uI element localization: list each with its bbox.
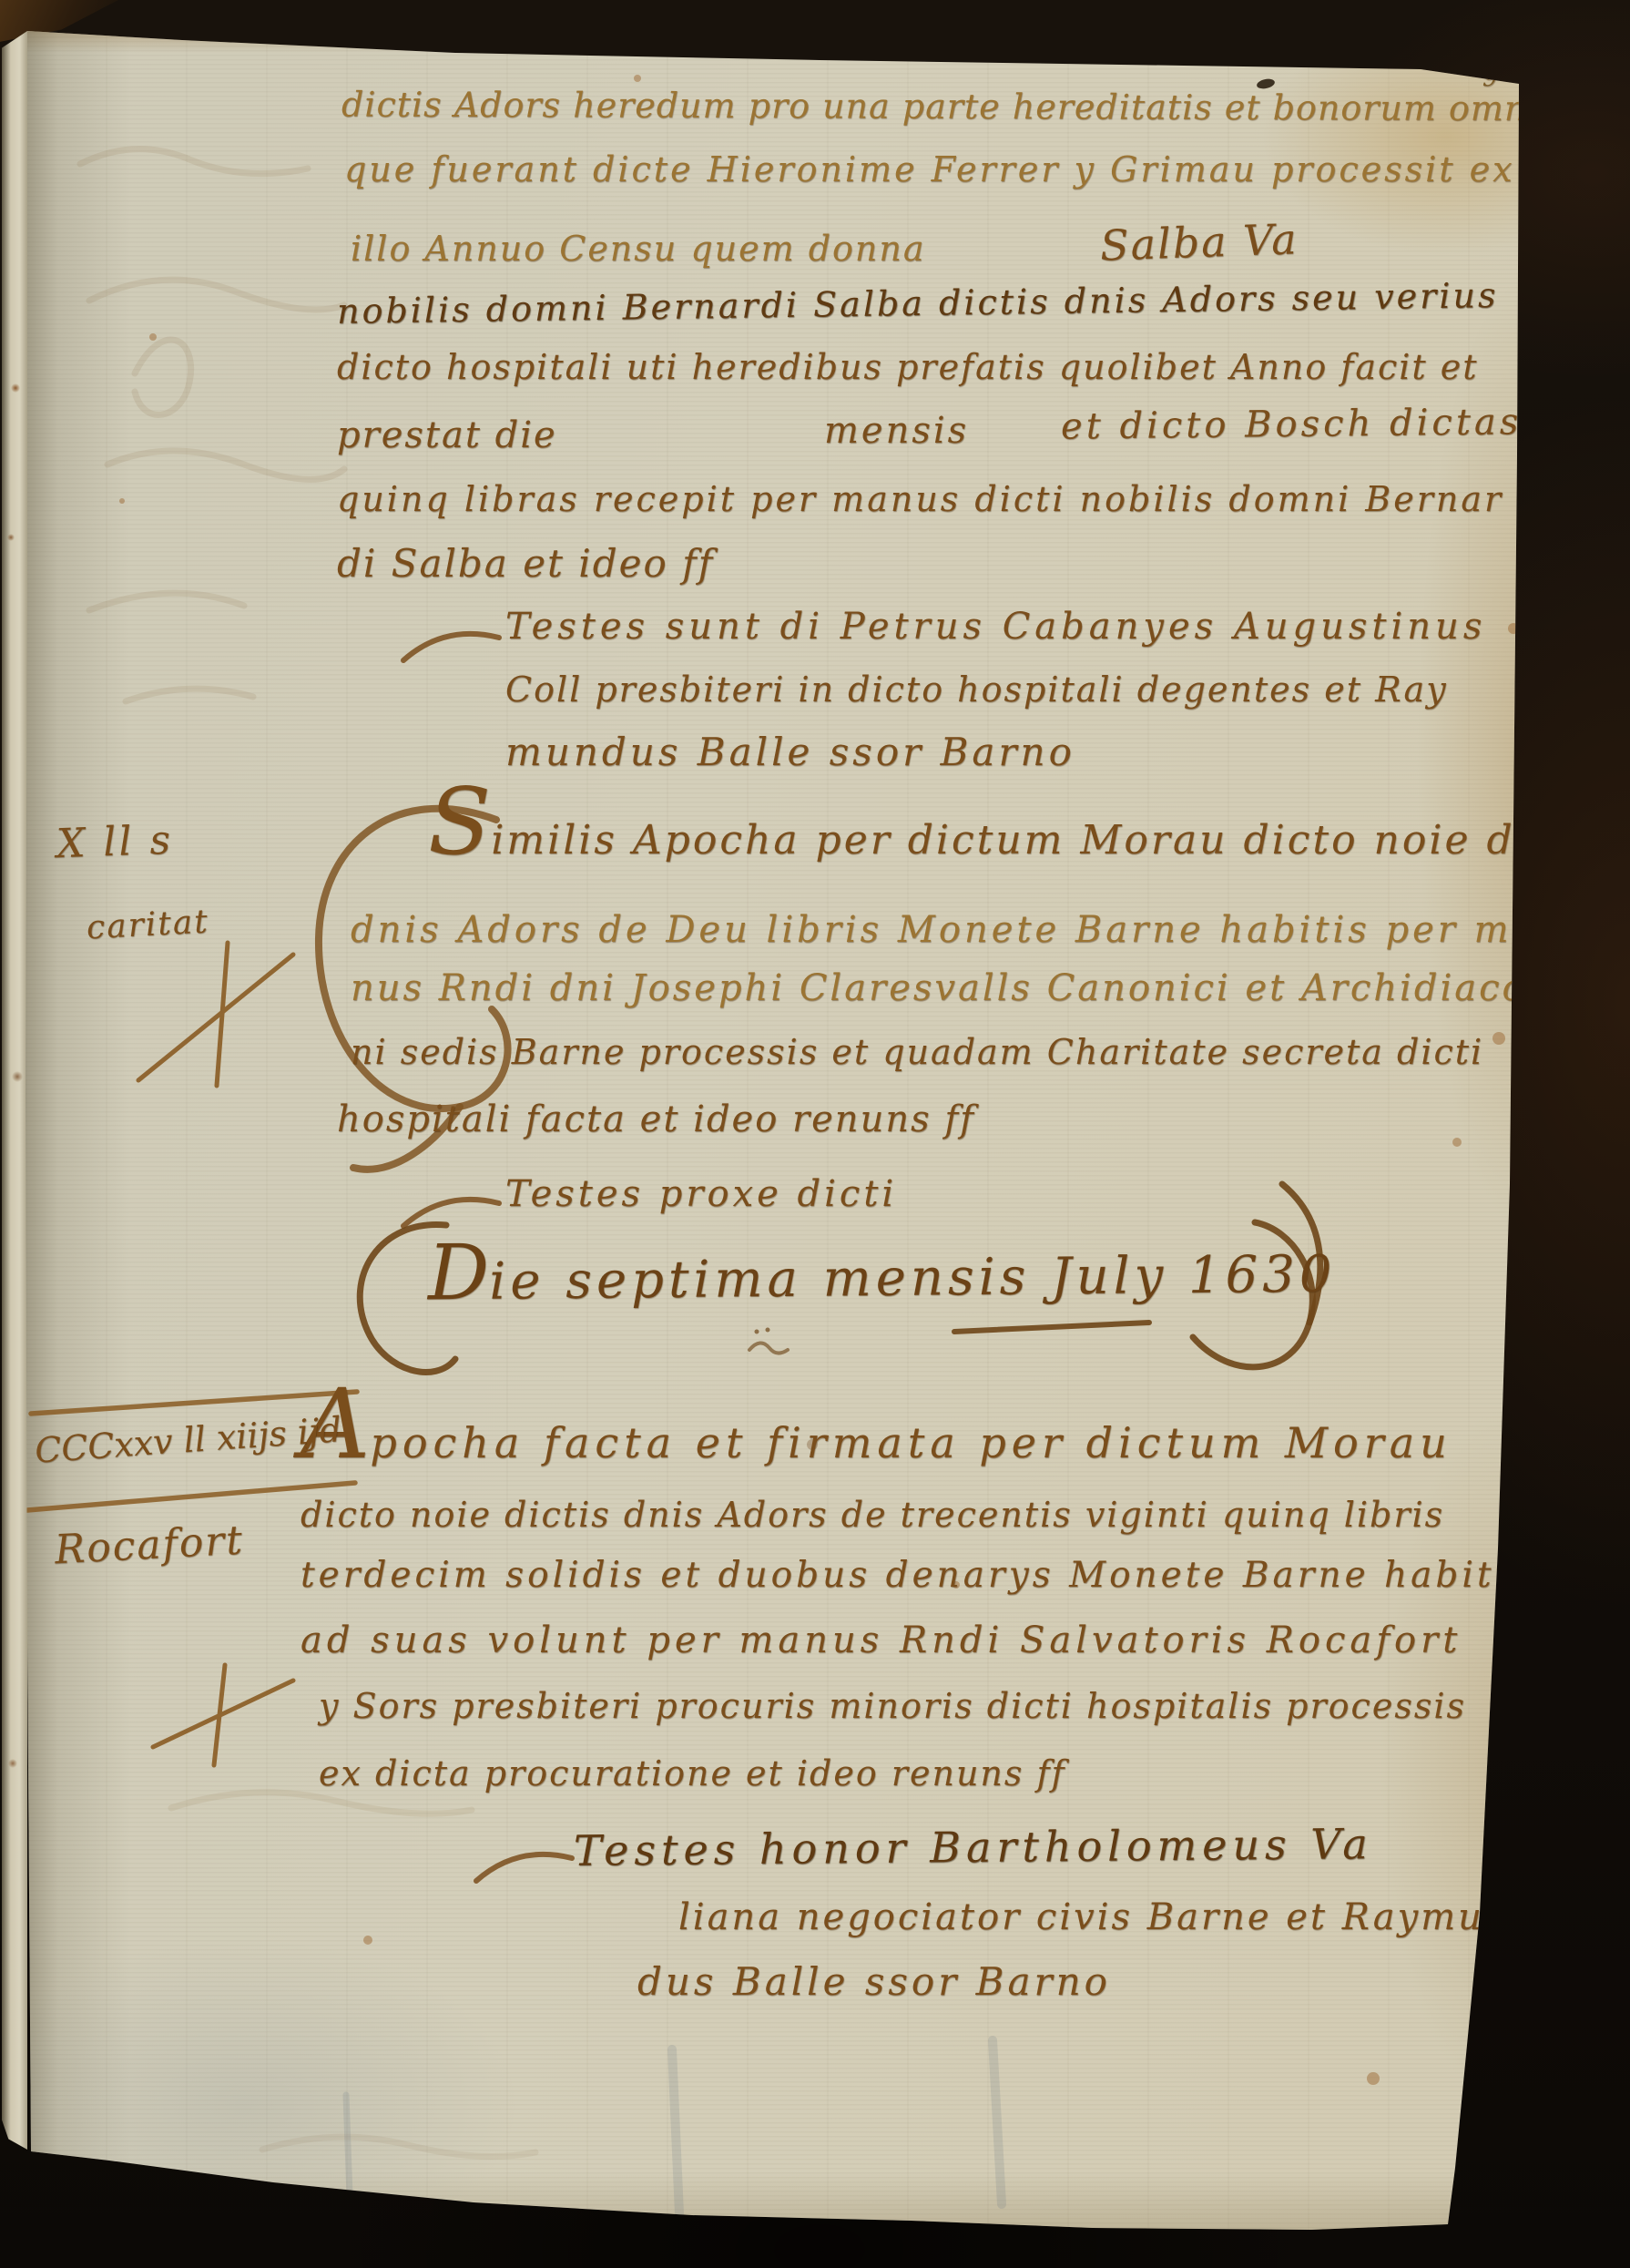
text-line: dicto noie dictis dnis Adors de trecenti… (301, 1496, 1444, 1536)
underlying-page-edges (2, 31, 27, 2150)
text-line: hospitali facta et ideo renuns ff (337, 1098, 975, 1140)
text-line: ad suas volunt per manus Rndi Salvatoris… (301, 1619, 1462, 1661)
text-line: dictis Adors heredum pro una parte hered… (341, 86, 1596, 129)
text-line: di Salba et ideo ff (337, 542, 714, 586)
text-line: ex dicta procuratione et ideo renuns ff (319, 1754, 1066, 1794)
text-line: Similis Apocha per dictum Morau dicto no… (428, 818, 1614, 864)
text-line: mensis (824, 410, 969, 452)
crease-streaks (346, 2040, 1002, 2213)
text-line: quinq libras recepit per manus dicti nob… (337, 480, 1503, 520)
text-line: terdecim solidis et duobus denarys Monet… (301, 1556, 1532, 1597)
text-line: nus Rndi dni Josephi Claresvalls Canonic… (351, 967, 1527, 1009)
text-line: y Sors presbiteri procuris minoris dicti… (319, 1687, 1466, 1727)
text-line: nobilis domni Bernardi Salba dictis dnis… (337, 276, 1499, 332)
text-line: ni sedis Barne processis et quadam Chari… (351, 1033, 1483, 1073)
text-line: et dicto Bosch dictas (1061, 401, 1523, 447)
testes-line: mundus Balle ssor Barno (505, 730, 1075, 774)
text-line: Apocha facta et firmata per dictum Morau (301, 1419, 1452, 1467)
testes-line: Testes honor Bartholomeus Va (574, 1820, 1373, 1875)
manuscript-page: 9 dictis Adors heredum pro una parte her… (25, 27, 1521, 2230)
date-heading: Die septima mensis July 1630 (428, 1246, 1337, 1313)
date-dots (755, 1328, 770, 1334)
text-line: dicto hospitali uti heredibus prefatis q… (337, 348, 1479, 388)
margin-label: Rocafort (54, 1518, 245, 1574)
testes-line: Coll presbiteri in dicto hospitali degen… (505, 670, 1448, 710)
testes-line: Testes proxe dicti (505, 1173, 897, 1215)
margin-label: caritat (86, 904, 210, 947)
testes-line: liana negociator civis Barne et Raymun (678, 1896, 1511, 1938)
testes-line: Testes sunt di Petrus Cabanyes Augustinu… (505, 606, 1486, 648)
text-line: illo Annuo Censu quem donna (351, 230, 926, 270)
text-line: prestat die (337, 414, 557, 456)
margin-amount: X ll s (56, 818, 174, 868)
account-cross (138, 943, 293, 1765)
text-line: que fuerant dicte Hieronime Ferrer y Gri… (344, 150, 1515, 190)
text-line: dnis Adors de Deu libris Monete Barne ha… (351, 909, 1537, 951)
manuscript-photo: 9 dictis Adors heredum pro una parte her… (0, 0, 1630, 2268)
text-line: Salba Va (1099, 215, 1299, 270)
testes-line: dus Balle ssor Barno (637, 1960, 1111, 2004)
margin-amount: CCCxxv ll xiijs ijd (34, 1410, 343, 1471)
